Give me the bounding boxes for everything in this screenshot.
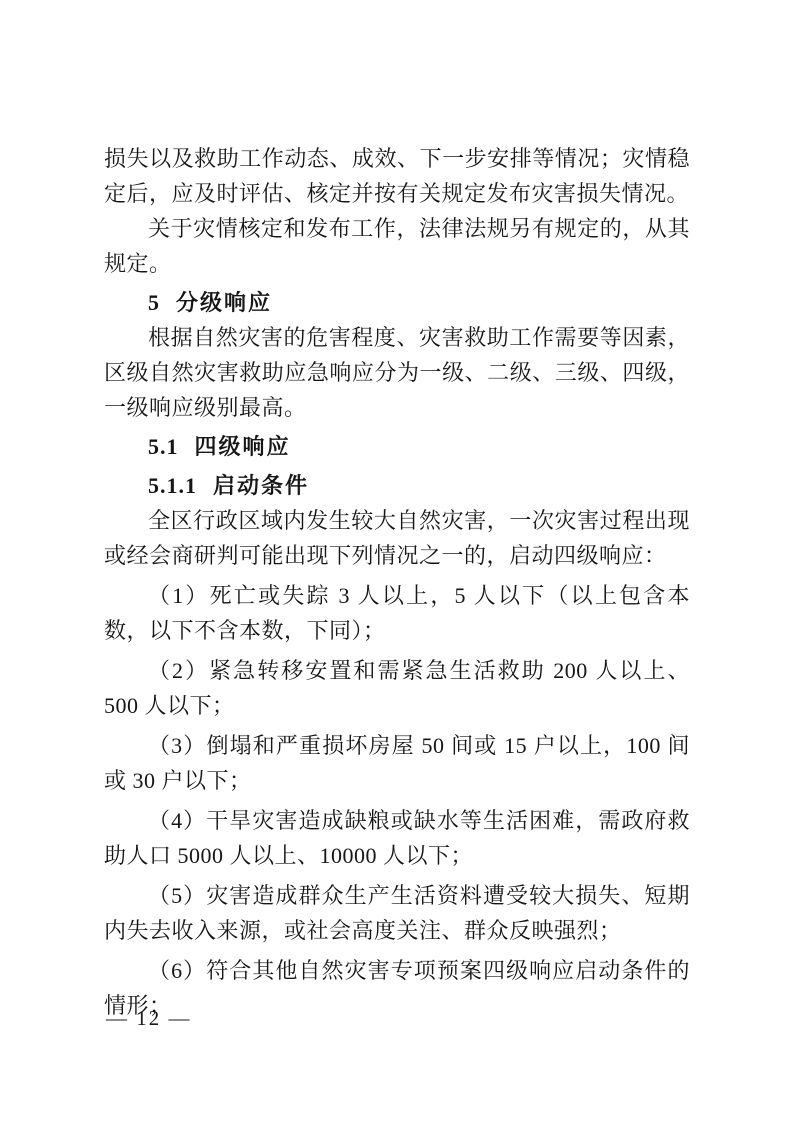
page-footer: — 12 — — [106, 1003, 192, 1033]
section-heading-5-1: 5.1四级响应 — [104, 429, 690, 464]
condition-item-4: （4）干旱灾害造成缺粮或缺水等生活困难，需政府救助人口 5000 人以上、100… — [104, 803, 690, 873]
document-page: 损失以及救助工作动态、成效、下一步安排等情况；灾情稳定后，应及时评估、核定并按有… — [0, 0, 793, 1122]
condition-item-2: （2）紧急转移安置和需紧急生活救助 200 人以上、500 人以下； — [104, 653, 690, 723]
paragraph-disaster-loss-reporting: 损失以及救助工作动态、成效、下一步安排等情况；灾情稳定后，应及时评估、核定并按有… — [104, 141, 690, 211]
paragraph-legal-regulation: 关于灾情核定和发布工作，法律法规另有规定的，从其规定。 — [104, 211, 690, 281]
section-number: 5.1.1 — [148, 473, 197, 498]
condition-item-1: （1）死亡或失踪 3 人以上，5 人以下（以上包含本数，以下不含本数，下同）； — [104, 578, 690, 648]
section-number: 5 — [148, 290, 160, 315]
section-heading-5-1-1: 5.1.1启动条件 — [104, 468, 690, 503]
section-title: 分级响应 — [176, 290, 272, 315]
paragraph-trigger-conditions-intro: 全区行政区域内发生较大自然灾害，一次灾害过程出现或经会商研判可能出现下列情况之一… — [104, 503, 690, 573]
condition-item-3: （3）倒塌和严重损坏房屋 50 间或 15 户以上，100 间或 30 户以下； — [104, 728, 690, 798]
section-title: 四级响应 — [195, 434, 291, 459]
section-title: 启动条件 — [213, 473, 309, 498]
section-heading-5: 5分级响应 — [104, 285, 690, 320]
page-number-label: — 12 — — [106, 1006, 192, 1030]
document-body: 损失以及救助工作动态、成效、下一步安排等情况；灾情稳定后，应及时评估、核定并按有… — [104, 141, 690, 1023]
section-number: 5.1 — [148, 434, 179, 459]
condition-item-5: （5）灾害造成群众生产生活资料遭受较大损失、短期内失去收入来源，或社会高度关注、… — [104, 878, 690, 948]
paragraph-response-levels: 根据自然灾害的危害程度、灾害救助工作需要等因素，区级自然灾害救助应急响应分为一级… — [104, 320, 690, 425]
